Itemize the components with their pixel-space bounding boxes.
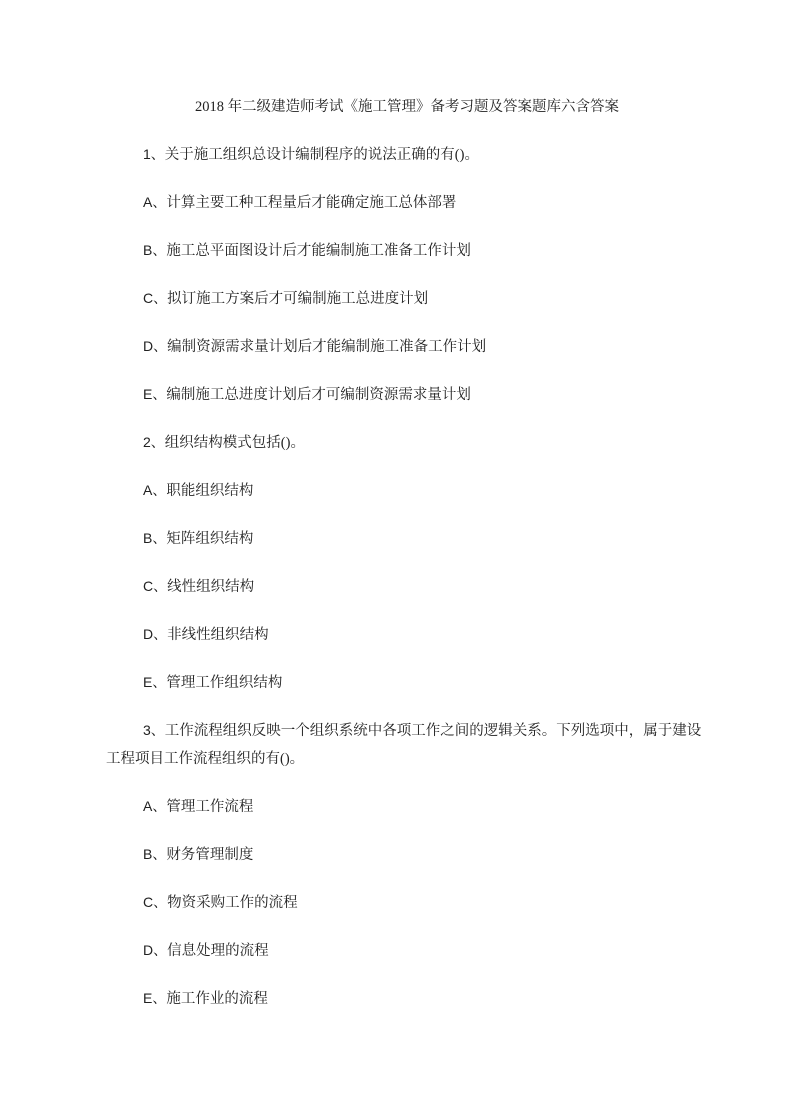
- option-label: C、: [143, 894, 167, 910]
- option-label: E、: [143, 674, 166, 690]
- option-text: 非线性组织结构: [167, 627, 269, 643]
- option-item: E、施工作业的流程: [106, 984, 708, 1013]
- option-text: 财务管理制度: [166, 847, 253, 863]
- option-label: D、: [143, 338, 167, 354]
- option-label: D、: [143, 942, 167, 958]
- option-item: D、信息处理的流程: [106, 936, 708, 965]
- option-item: A、职能组织结构: [106, 476, 708, 505]
- question-text: 关于施工组织总设计编制程序的说法正确的有()。: [165, 147, 479, 163]
- option-item: A、计算主要工种工程量后才能确定施工总体部署: [106, 188, 708, 217]
- option-label: A、: [143, 194, 166, 210]
- option-label: A、: [143, 482, 166, 498]
- question-stem: 2、组织结构模式包括()。: [106, 428, 708, 457]
- option-item: E、管理工作组织结构: [106, 668, 708, 697]
- option-text: 物资采购工作的流程: [167, 895, 298, 911]
- option-item: B、财务管理制度: [106, 840, 708, 869]
- option-item: A、管理工作流程: [106, 792, 708, 821]
- option-item: D、非线性组织结构: [106, 620, 708, 649]
- question-stem: 1、关于施工组织总设计编制程序的说法正确的有()。: [106, 140, 708, 169]
- option-label: C、: [143, 290, 167, 306]
- option-text: 施工作业的流程: [166, 991, 268, 1007]
- option-item: C、物资采购工作的流程: [106, 888, 708, 917]
- question-number: 2、: [143, 434, 165, 450]
- option-text: 管理工作组织结构: [166, 675, 282, 691]
- question-block-3: 3、工作流程组织反映一个组织系统中各项工作之间的逻辑关系。下列选项中，属于建设工…: [106, 716, 708, 1013]
- option-item: D、编制资源需求量计划后才能编制施工准备工作计划: [106, 332, 708, 361]
- page-title: 2018 年二级建造师考试《施工管理》备考习题及答案题库六含答案: [106, 93, 708, 121]
- option-text: 信息处理的流程: [167, 943, 269, 959]
- question-text: 工作流程组织反映一个组织系统中各项工作之间的逻辑关系。下列选项中，属于建设工程项…: [106, 723, 701, 767]
- option-label: E、: [143, 386, 166, 402]
- option-label: A、: [143, 798, 166, 814]
- option-label: B、: [143, 846, 166, 862]
- option-label: D、: [143, 626, 167, 642]
- question-text: 组织结构模式包括()。: [165, 435, 305, 451]
- question-stem: 3、工作流程组织反映一个组织系统中各项工作之间的逻辑关系。下列选项中，属于建设工…: [106, 716, 708, 773]
- option-label: C、: [143, 578, 167, 594]
- option-item: C、线性组织结构: [106, 572, 708, 601]
- option-item: C、拟订施工方案后才可编制施工总进度计划: [106, 284, 708, 313]
- question-block-2: 2、组织结构模式包括()。 A、职能组织结构 B、矩阵组织结构 C、线性组织结构…: [106, 428, 708, 697]
- option-text: 线性组织结构: [167, 579, 254, 595]
- option-item: E、编制施工总进度计划后才可编制资源需求量计划: [106, 380, 708, 409]
- option-text: 编制施工总进度计划后才可编制资源需求量计划: [166, 387, 471, 403]
- option-text: 编制资源需求量计划后才能编制施工准备工作计划: [167, 339, 486, 355]
- option-text: 拟订施工方案后才可编制施工总进度计划: [167, 291, 428, 307]
- option-label: B、: [143, 530, 166, 546]
- document-page: 2018 年二级建造师考试《施工管理》备考习题及答案题库六含答案 1、关于施工组…: [0, 0, 792, 1120]
- question-block-1: 1、关于施工组织总设计编制程序的说法正确的有()。 A、计算主要工种工程量后才能…: [106, 140, 708, 409]
- option-text: 矩阵组织结构: [166, 531, 253, 547]
- option-label: E、: [143, 990, 166, 1006]
- option-text: 职能组织结构: [166, 483, 253, 499]
- option-text: 计算主要工种工程量后才能确定施工总体部署: [166, 195, 456, 211]
- option-label: B、: [143, 242, 166, 258]
- option-text: 施工总平面图设计后才能编制施工准备工作计划: [166, 243, 471, 259]
- question-number: 3、: [143, 722, 165, 738]
- question-number: 1、: [143, 146, 165, 162]
- option-item: B、矩阵组织结构: [106, 524, 708, 553]
- option-text: 管理工作流程: [166, 799, 253, 815]
- option-item: B、施工总平面图设计后才能编制施工准备工作计划: [106, 236, 708, 265]
